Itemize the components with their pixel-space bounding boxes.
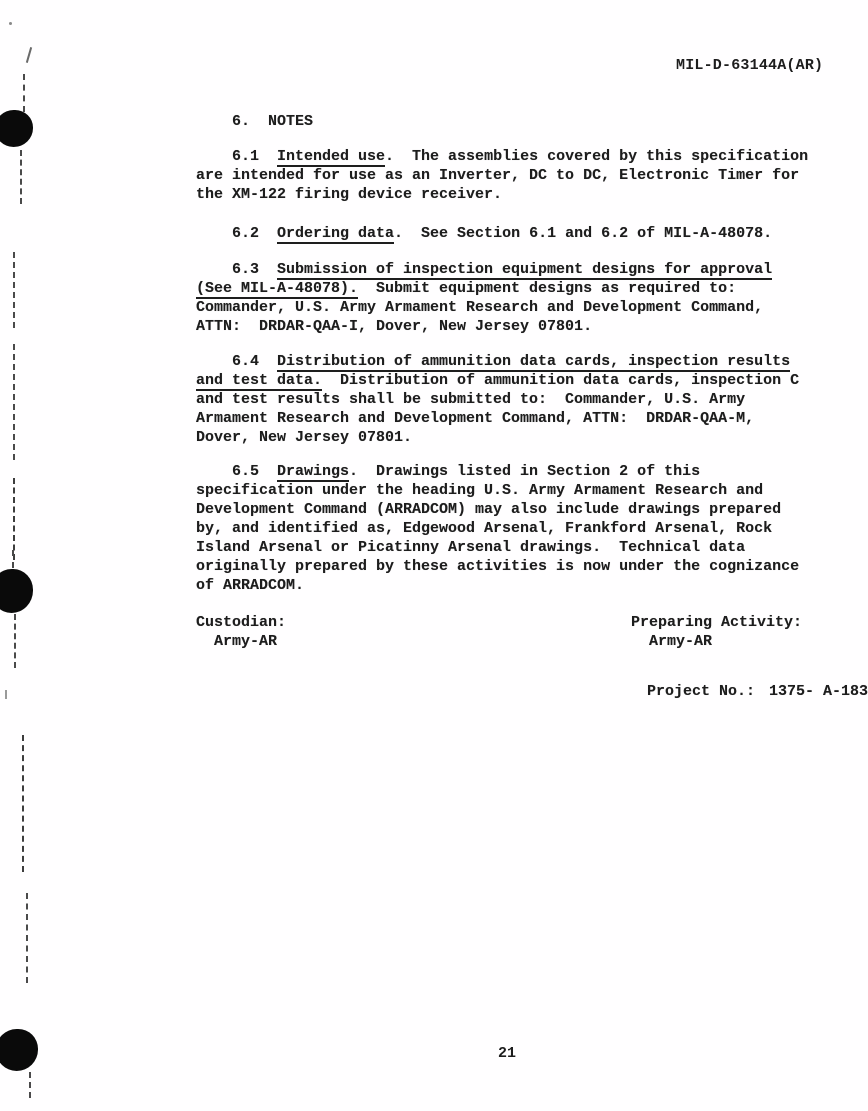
paragraph-6-1: 6.1 Intended use. The assemblies covered…: [196, 147, 840, 204]
scan-edge-mark: [20, 150, 22, 204]
hole-punch-middle: [0, 569, 33, 613]
paragraph-6-2: 6.2 Ordering data. See Section 6.1 and 6…: [196, 224, 840, 243]
scan-edge-mark: [13, 252, 15, 328]
text-line: 6.3 Submission of inspection equipment d…: [196, 260, 840, 279]
scan-edge-mark: [14, 614, 16, 668]
project-number-value: 1375- A-183: [769, 683, 868, 700]
scan-edge-mark: [26, 893, 28, 983]
scan-edge-mark: [29, 1072, 31, 1098]
paragraph-6-4: 6.4 Distribution of ammunition data card…: [196, 352, 840, 447]
scan-edge-mark: [22, 735, 24, 872]
text-line: the XM-122 firing device receiver.: [196, 185, 840, 204]
scan-edge-mark: [13, 344, 15, 460]
text-line: 6.4 Distribution of ammunition data card…: [196, 352, 840, 371]
paragraph-6-5: 6.5 Drawings. Drawings listed in Section…: [196, 462, 840, 595]
scan-edge-mark: [12, 550, 14, 568]
text-line: 6.1 Intended use. The assemblies covered…: [196, 147, 840, 166]
doc-id-header: MIL-D-63144A(AR): [676, 56, 823, 75]
responsibility-block: Custodian: Army-AR Preparing Activity: A…: [196, 613, 840, 651]
text-line: 6.5 Drawings. Drawings listed in Section…: [196, 462, 840, 481]
text-line: and test results shall be submitted to: …: [196, 390, 840, 409]
preparing-activity-block: Preparing Activity: Army-AR: [631, 613, 840, 651]
hole-punch-bottom: [0, 1029, 38, 1071]
project-number-label: Project No.:: [647, 683, 755, 700]
custodian-block: Custodian: Army-AR: [196, 613, 631, 651]
page-number: 21: [498, 1044, 516, 1063]
text-line: by, and identified as, Edgewood Arsenal,…: [196, 519, 840, 538]
custodian-label: Custodian:: [196, 613, 631, 632]
text-line: ATTN: DRDAR-QAA-I, Dover, New Jersey 078…: [196, 317, 840, 336]
notes-section: 6. NOTES 6.1 Intended use. The assemblie…: [196, 112, 840, 720]
section-notes-heading: 6. NOTES: [196, 112, 840, 131]
text-line: originally prepared by these activities …: [196, 557, 840, 576]
hole-punch-top: [0, 110, 33, 147]
text-line: are intended for use as an Inverter, DC …: [196, 166, 840, 185]
scan-edge-mark: [13, 478, 15, 560]
preparing-activity-value: Army-AR: [631, 632, 840, 651]
scan-speck: [9, 22, 12, 25]
project-number-line: Project No.:1375- A-183: [593, 663, 840, 720]
text-line: and test data. Distribution of ammunitio…: [196, 371, 840, 390]
text-line: 6.2 Ordering data. See Section 6.1 and 6…: [196, 224, 840, 243]
text-line: Island Arsenal or Picatinny Arsenal draw…: [196, 538, 840, 557]
scan-slash-mark: [26, 47, 32, 63]
text-line: of ARRADCOM.: [196, 576, 840, 595]
text-line: Armament Research and Development Comman…: [196, 409, 840, 428]
paragraph-6-3: 6.3 Submission of inspection equipment d…: [196, 260, 840, 336]
custodian-value: Army-AR: [196, 632, 631, 651]
text-line: specification under the heading U.S. Arm…: [196, 481, 840, 500]
document-page: MIL-D-63144A(AR) 6. NOTES 6.1 Intended u…: [0, 0, 868, 1111]
preparing-activity-label: Preparing Activity:: [631, 613, 840, 632]
text-line: (See MIL-A-48078). Submit equipment desi…: [196, 279, 840, 298]
scan-edge-mark: [5, 690, 7, 699]
text-line: Commander, U.S. Army Armament Research a…: [196, 298, 840, 317]
text-line: Development Command (ARRADCOM) may also …: [196, 500, 840, 519]
scan-edge-mark: [23, 74, 25, 112]
text-line: Dover, New Jersey 07801.: [196, 428, 840, 447]
